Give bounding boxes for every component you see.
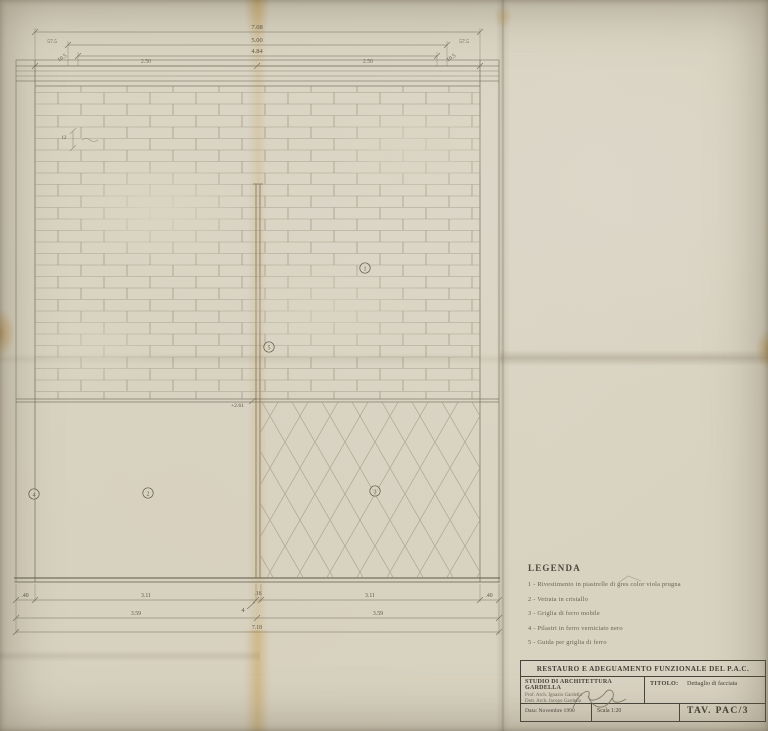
- level-note: +2.61: [231, 403, 244, 409]
- legend-item: 5 - Guida per griglia di ferro: [528, 639, 768, 646]
- dim-label: 3.11: [365, 593, 375, 599]
- dim-label: .40: [485, 593, 492, 599]
- title-block: RESTAURO E ADEGUAMENTO FUNZIONALE DEL P.…: [520, 660, 766, 722]
- dim-label: 4.84: [251, 48, 263, 55]
- legend-item: 3 - Griglia di ferro mobile: [528, 610, 768, 617]
- studio-cell: STUDIO DI ARCHITETTURA GARDELLA Prof. Ar…: [521, 677, 645, 703]
- dim-label: 7.18: [252, 625, 262, 631]
- callout-number-glazing: 2: [147, 492, 150, 498]
- top-band-lines: [16, 66, 499, 81]
- titolo-value: Dettaglio di facciata: [687, 680, 737, 687]
- dim-label: 5.00: [251, 37, 262, 44]
- dim-label: 10.5: [57, 53, 69, 64]
- legend-item: 2 - Vetrata in cristallo: [528, 596, 768, 603]
- callout-number-guide: 5: [268, 346, 271, 352]
- dim-label: 2.50: [141, 59, 151, 65]
- titolo-cell: TITOLO: Dettaglio di facciata: [645, 677, 765, 703]
- dim-label: 3.59: [131, 611, 141, 617]
- dim-label: 57.5: [459, 39, 469, 45]
- studio-name: STUDIO DI ARCHITETTURA GARDELLA: [525, 679, 644, 691]
- tav-cell: TAV. PAC/3: [680, 704, 765, 721]
- legend-title: LEGENDA: [528, 563, 768, 573]
- date-cell: Data: Novembre 1990: [521, 704, 592, 721]
- callout-number-tiles: 1: [364, 267, 367, 273]
- architect-2: Dott. Arch. Jacopo Gardella: [525, 699, 644, 704]
- titolo-label: TITOLO:: [650, 680, 678, 687]
- dim-label: .40: [21, 593, 28, 599]
- dim-label: 10.5: [446, 53, 458, 64]
- top-band-lines-inner: [16, 71, 499, 76]
- dim-label: .16: [254, 591, 261, 597]
- scan-fade-patch: [325, 100, 495, 200]
- callout-number-pilaster: 4: [33, 493, 36, 499]
- callout-number-grille: 3: [374, 490, 377, 496]
- dim-label: 3.11: [141, 593, 151, 599]
- scale-cell: Scala 1:20: [592, 704, 680, 721]
- pilaster-ref-leader: [247, 602, 255, 609]
- dim-label: 3.59: [373, 611, 383, 617]
- scan-fade-patch: [65, 150, 255, 270]
- scanned-drawing-sheet: 7.08 5.00 4.84 57.5 57.5 10.5 10.5 2.50 …: [0, 0, 768, 731]
- legend: LEGENDA 1 - Rivestimento in piastrelle d…: [520, 563, 768, 654]
- dim-label: 2.50: [363, 59, 373, 65]
- scan-fade-patch: [230, 255, 430, 365]
- spandrel-line: [16, 399, 499, 402]
- dim-label: 7.08: [251, 24, 262, 31]
- architect-1: Prof. Arch. Ignazio Gardella: [525, 693, 644, 698]
- pilaster-ref-number: 4: [241, 607, 245, 614]
- dim-label: 57.5: [47, 39, 57, 45]
- legend-item: 4 - Pilastri in ferro verniciato nero: [528, 625, 768, 632]
- project-title: RESTAURO E ADEGUAMENTO FUNZIONALE DEL P.…: [521, 661, 765, 677]
- scan-fade-patch: [25, 300, 165, 390]
- brick-dim-label: 12: [62, 136, 68, 141]
- legend-item: 1 - Rivestimento in piastrelle di gres c…: [528, 581, 768, 588]
